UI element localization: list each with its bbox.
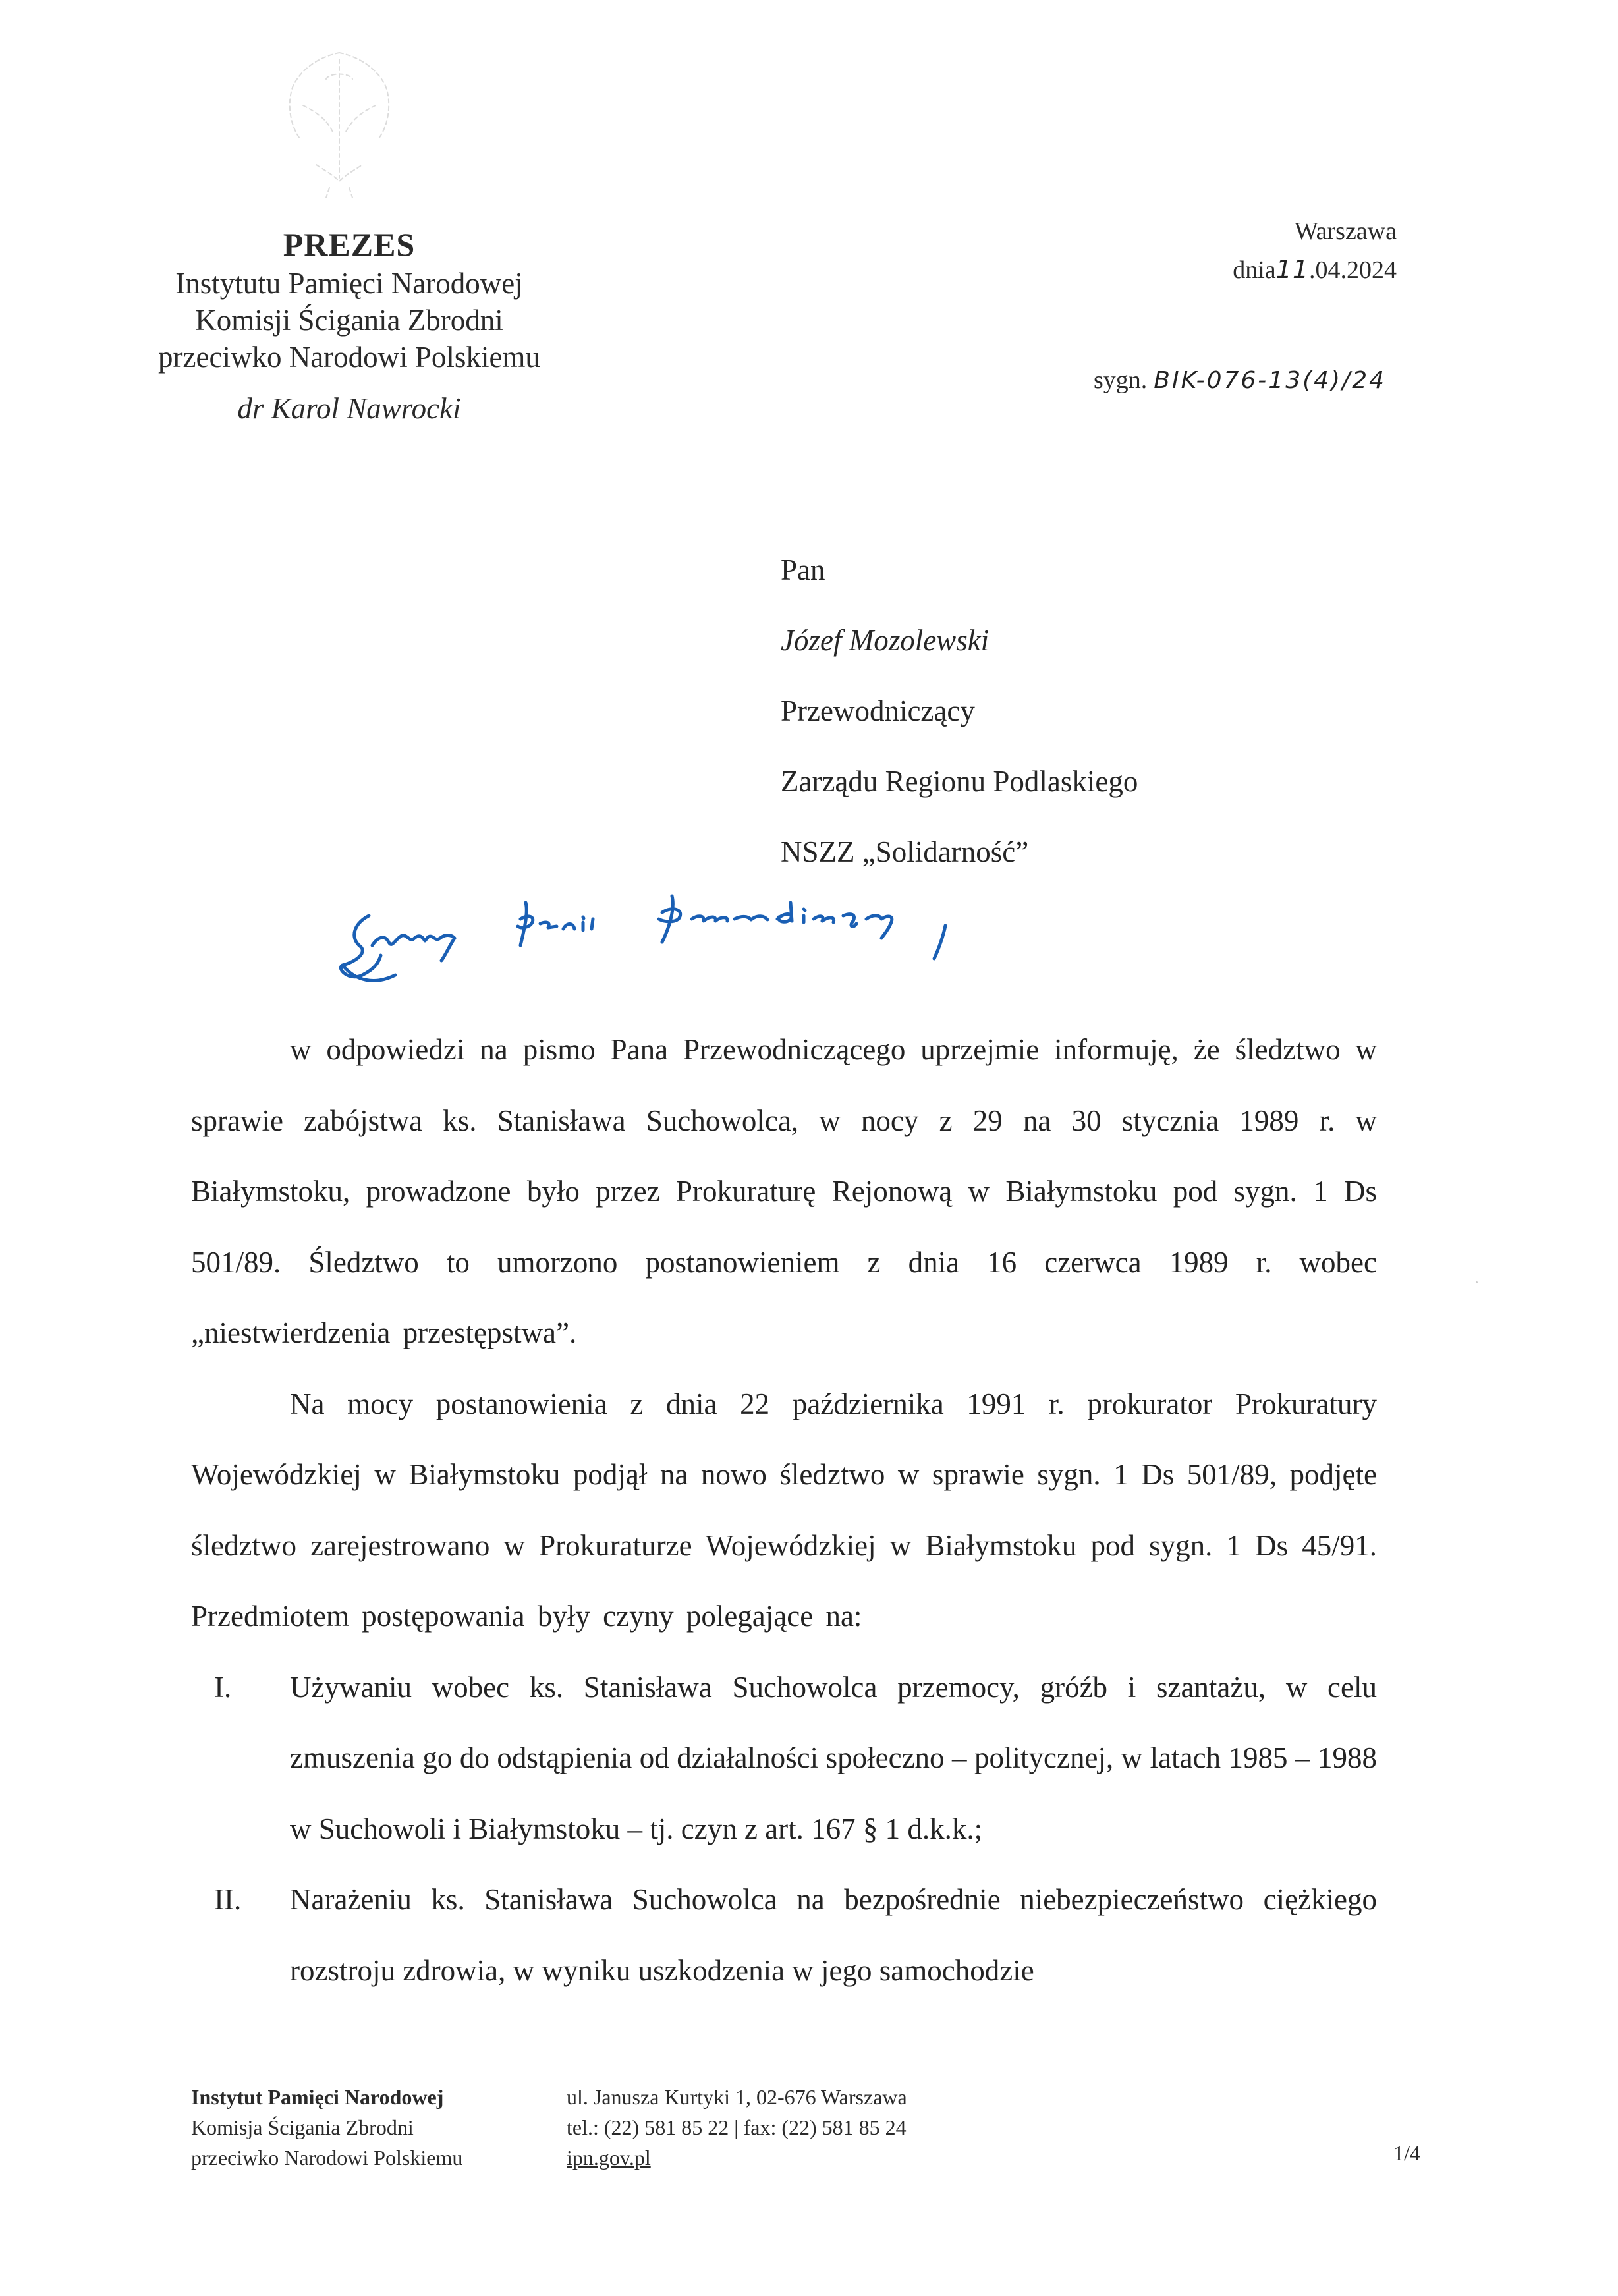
footer-contact: ul. Janusza Kurtyki 1, 02-676 Warszawa t…	[567, 2082, 907, 2173]
handwriting-ink-icon	[329, 883, 1054, 988]
sender-name: dr Karol Nawrocki	[119, 390, 580, 427]
footer-org-line: Instytut Pamięci Narodowej	[191, 2082, 462, 2112]
date-handwritten-day: 11	[1276, 255, 1309, 284]
footer-org-line: Komisja Ścigania Zbrodni	[191, 2112, 462, 2142]
addressee-organization: Zarządu Regionu Podlaskiego	[781, 746, 1138, 817]
sender-institution-line: Instytutu Pamięci Narodowej	[119, 265, 580, 302]
polish-eagle-emblem-icon	[264, 40, 415, 204]
charges-list: I. Używaniu wobec ks. Stanisława Suchowo…	[191, 1652, 1377, 2007]
list-item-text: Używaniu wobec ks. Stanisława Suchowolca…	[290, 1671, 1377, 1845]
addressee-block: Pan Józef Mozolewski Przewodniczący Zarz…	[781, 535, 1138, 887]
charges-list-item: I. Używaniu wobec ks. Stanisława Suchowo…	[191, 1652, 1377, 1865]
addressee-name: Józef Mozolewski	[781, 605, 1138, 676]
reference-label: sygn.	[1094, 366, 1147, 394]
sender-institution-line: Komisji Ścigania Zbrodni	[119, 302, 580, 339]
body-paragraph: Na mocy postanowienia z dnia 22 paździer…	[191, 1369, 1377, 1652]
sender-institution-line: przeciwko Narodowi Polskiemu	[119, 339, 580, 376]
addressee-honorific: Pan	[781, 535, 1138, 605]
footer-organization: Instytut Pamięci Narodowej Komisja Ściga…	[191, 2082, 462, 2173]
sender-title: PREZES	[119, 224, 580, 265]
page-number: 1/4	[1393, 2141, 1420, 2166]
reference-handwritten-value: BIK-076-13(4)/24	[1154, 367, 1386, 394]
date-city: Warszawa	[1120, 212, 1397, 250]
charges-list-item: II. Narażeniu ks. Stanisława Suchowolca …	[191, 1864, 1377, 2006]
list-item-number: II.	[214, 1864, 241, 1936]
footer-org-line: przeciwko Narodowi Polskiemu	[191, 2142, 462, 2173]
date-printed-rest: .04.2024	[1309, 256, 1397, 284]
list-item-text: Narażeniu ks. Stanisława Suchowolca na b…	[290, 1883, 1377, 1987]
reference-number: sygn.BIK-076-13(4)/24	[1094, 366, 1386, 395]
body-paragraph: w odpowiedzi na pismo Pana Przewodnicząc…	[191, 1015, 1377, 1369]
date-line: dnia11.04.2024	[1120, 250, 1397, 289]
addressee-position: Przewodniczący	[781, 676, 1138, 746]
sender-header: PREZES Instytutu Pamięci Narodowej Komis…	[119, 224, 580, 427]
handwritten-salutation: Szanowny Panie Przewodniczący,	[329, 883, 1054, 988]
scan-speck	[1476, 1281, 1478, 1283]
date-prefix: dnia	[1233, 256, 1275, 284]
footer-website-link[interactable]: ipn.gov.pl	[567, 2146, 651, 2170]
footer-phone-fax: tel.: (22) 581 85 22 | fax: (22) 581 85 …	[567, 2112, 907, 2142]
addressee-organization: NSZZ „Solidarność”	[781, 817, 1138, 887]
list-item-number: I.	[214, 1652, 231, 1723]
footer-address: ul. Janusza Kurtyki 1, 02-676 Warszawa	[567, 2082, 907, 2112]
letter-body: w odpowiedzi na pismo Pana Przewodnicząc…	[191, 1015, 1377, 2006]
date-block: Warszawa dnia11.04.2024	[1120, 212, 1397, 289]
